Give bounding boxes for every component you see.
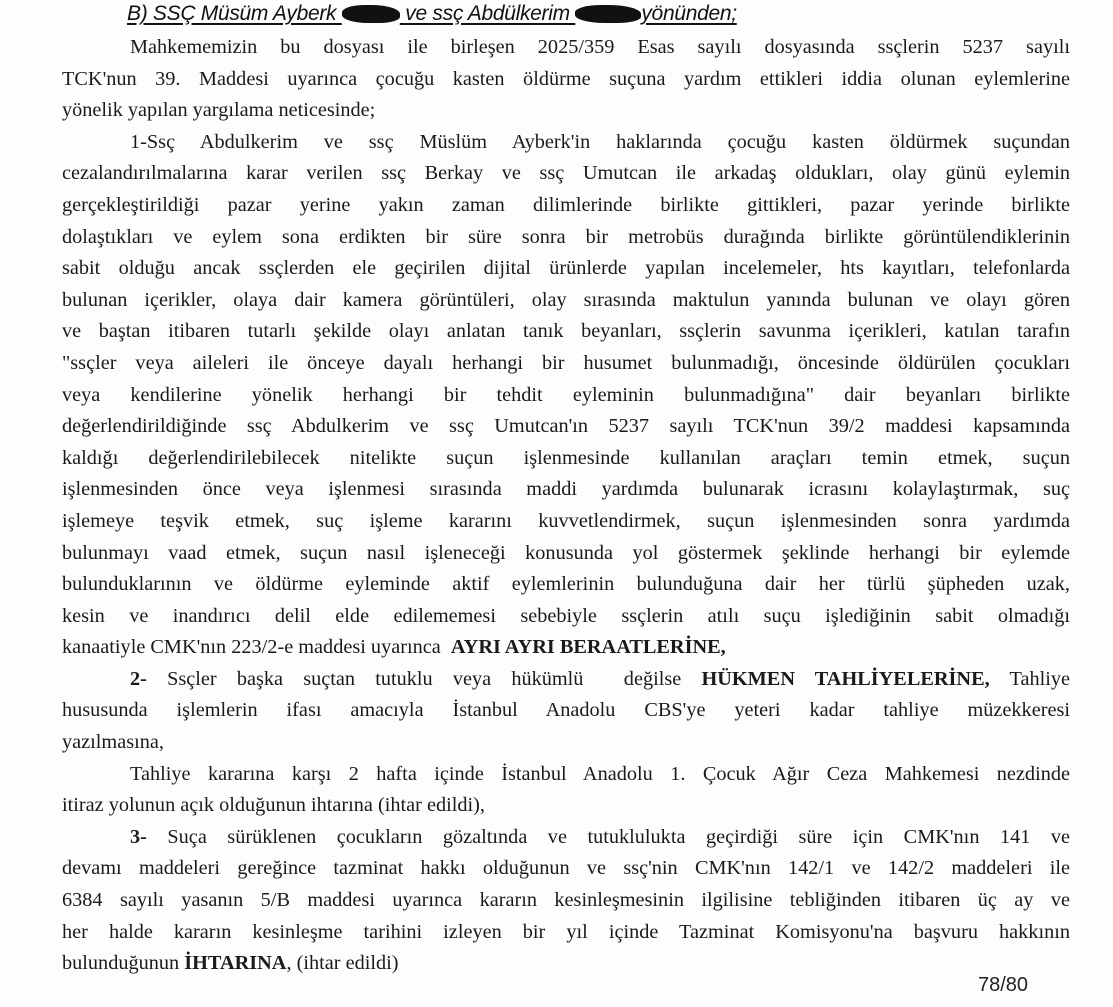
text-line: itiraz yolunun açık olduğunun ihtarına (… — [62, 790, 1070, 822]
text-line: cezalandırılmalarına karar verilen ssç B… — [62, 158, 1070, 190]
text-line: Tahliye kararına karşı 2 hafta içinde İs… — [62, 759, 1070, 791]
page-number: 78/80 — [978, 974, 1028, 997]
verdict-prefix: kanaatiyle CMK'nın 223/2-e maddesi uyarı… — [62, 636, 451, 658]
item-text: bulunduğunun — [62, 952, 184, 974]
item-text: , (ihtar edildi) — [286, 952, 398, 974]
text-line: işlenmesinden önce veya işlenmesi sırası… — [62, 474, 1070, 506]
text-line: 2- Ssçler başka suçtan tutuklu veya hükü… — [62, 664, 1070, 696]
text-line: bulunmayı vaad etmek, suçun nasıl işlene… — [62, 538, 1070, 570]
text-line: veya kendilerine yönelik herhangi bir te… — [62, 380, 1070, 412]
heading-part-2: ve ssç Abdülkerim — [400, 2, 576, 25]
text-line: kanaatiyle CMK'nın 223/2-e maddesi uyarı… — [62, 632, 1070, 664]
item-text: Ssçler başka suçtan tutuklu veya hükümlü… — [147, 668, 702, 690]
text-line: 6384 sayılı yasanın 5/B maddesi uyarınca… — [62, 885, 1070, 917]
text-line: 1-Ssç Abdulkerim ve ssç Müslüm Ayberk'in… — [62, 127, 1070, 159]
text-line: Mahkememizin bu dosyası ile birleşen 202… — [62, 32, 1070, 64]
heading-part-3: yönünden; — [641, 2, 736, 25]
redaction-mark — [575, 5, 641, 23]
text-line: sabit olduğu ancak ssçlerden ele geçiril… — [62, 253, 1070, 285]
redaction-mark — [342, 5, 400, 23]
document-page: B) SSÇ Müsüm Ayberk ve ssç Abdülkerim yö… — [0, 0, 1113, 1007]
text-line: ve baştan itibaren tutarlı şekilde olayı… — [62, 316, 1070, 348]
text-line: bulunduklarının ve öldürme eyleminde akt… — [62, 569, 1070, 601]
item-number: 3- — [130, 826, 147, 848]
verdict-acquittal: AYRI AYRI BERAATLERİNE, — [451, 636, 726, 658]
item-number: 2- — [130, 668, 147, 690]
text-line: "ssçler veya aileleri ile önceye dayalı … — [62, 348, 1070, 380]
text-line: her halde kararın kesinleşme tarihini iz… — [62, 917, 1070, 949]
text-line: değerlendirildiğinde ssç Abdulkerim ve s… — [62, 411, 1070, 443]
section-heading: B) SSÇ Müsüm Ayberk ve ssç Abdülkerim yö… — [127, 2, 737, 26]
document-body: Mahkememizin bu dosyası ile birleşen 202… — [62, 32, 1070, 980]
verdict-warning: İHTARINA — [184, 952, 286, 974]
text-line: bulunduğunun İHTARINA, (ihtar edildi) — [62, 948, 1070, 980]
text-line: kesin ve inandırıcı delil elde edilememe… — [62, 601, 1070, 633]
text-line: işlemeye teşvik etmek, suç işleme kararı… — [62, 506, 1070, 538]
text-line: 3- Suça sürüklenen çocukların gözaltında… — [62, 822, 1070, 854]
text-line: yönelik yapılan yargılama neticesinde; — [62, 95, 1070, 127]
text-line: kaldığı değerlendirilebilecek nitelikte … — [62, 443, 1070, 475]
text-line: TCK'nun 39. Maddesi uyarınca çocuğu kast… — [62, 64, 1070, 96]
text-line: hususunda işlemlerin ifası amacıyla İsta… — [62, 695, 1070, 727]
text-line: gerçekleştirildiği pazar yerine yakın za… — [62, 190, 1070, 222]
text-line: devamı maddeleri gereğince tazminat hakk… — [62, 853, 1070, 885]
text-line: yazılmasına, — [62, 727, 1070, 759]
text-line: dolaştıkları ve eylem sona erdikten bir … — [62, 222, 1070, 254]
text-line: bulunan içerikler, olaya dair kamera gör… — [62, 285, 1070, 317]
item-text: Suça sürüklenen çocukların gözaltında ve… — [147, 826, 1070, 848]
verdict-release: HÜKMEN TAHLİYELERİNE, — [701, 668, 989, 690]
item-text: Tahliye — [990, 668, 1070, 690]
heading-part-1: B) SSÇ Müsüm Ayberk — [127, 2, 342, 25]
